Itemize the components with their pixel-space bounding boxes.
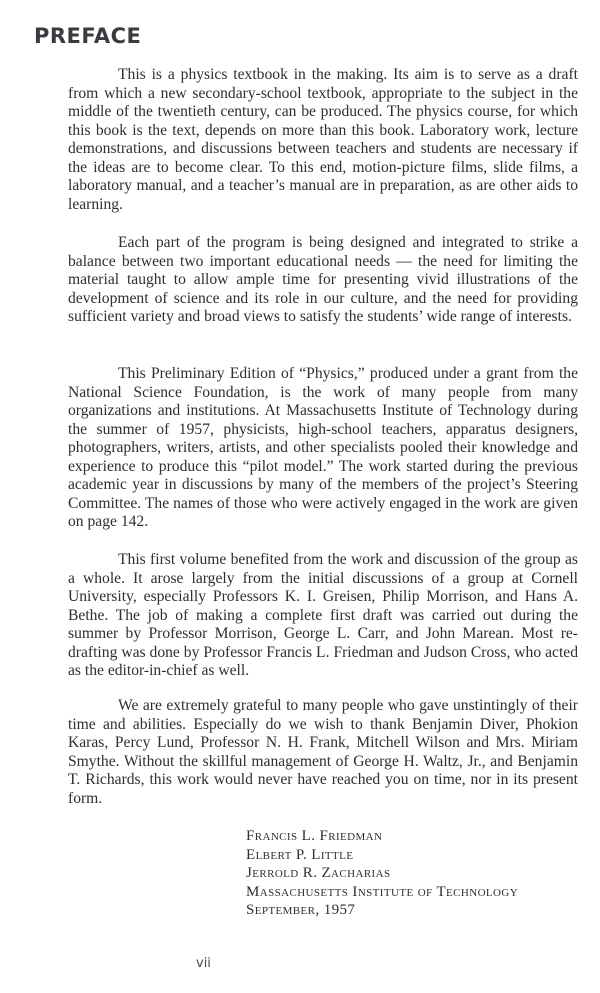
page-title: PREFACE — [34, 24, 141, 48]
paragraph-program-balance: Each part of the program is being design… — [68, 234, 578, 327]
signature-line: Elbert P. Little — [246, 846, 518, 865]
paragraph-preliminary-edition: This Preliminary Edition of “Physics,” p… — [68, 365, 578, 532]
signature-block: Francis L. Friedman Elbert P. Little Jer… — [246, 827, 518, 920]
signature-line: Jerrold R. Zacharias — [246, 864, 518, 883]
signature-institution: Massachusetts Institute of Technology — [246, 883, 518, 902]
signature-line: Francis L. Friedman — [246, 827, 518, 846]
paragraph-acknowledgements: We are extremely grateful to many people… — [68, 697, 578, 808]
paragraph-intro: This is a physics textbook in the making… — [68, 66, 578, 214]
signature-date: September, 1957 — [246, 901, 518, 920]
page-number: vii — [196, 956, 211, 971]
paragraph-first-volume: This first volume benefited from the wor… — [68, 551, 578, 681]
